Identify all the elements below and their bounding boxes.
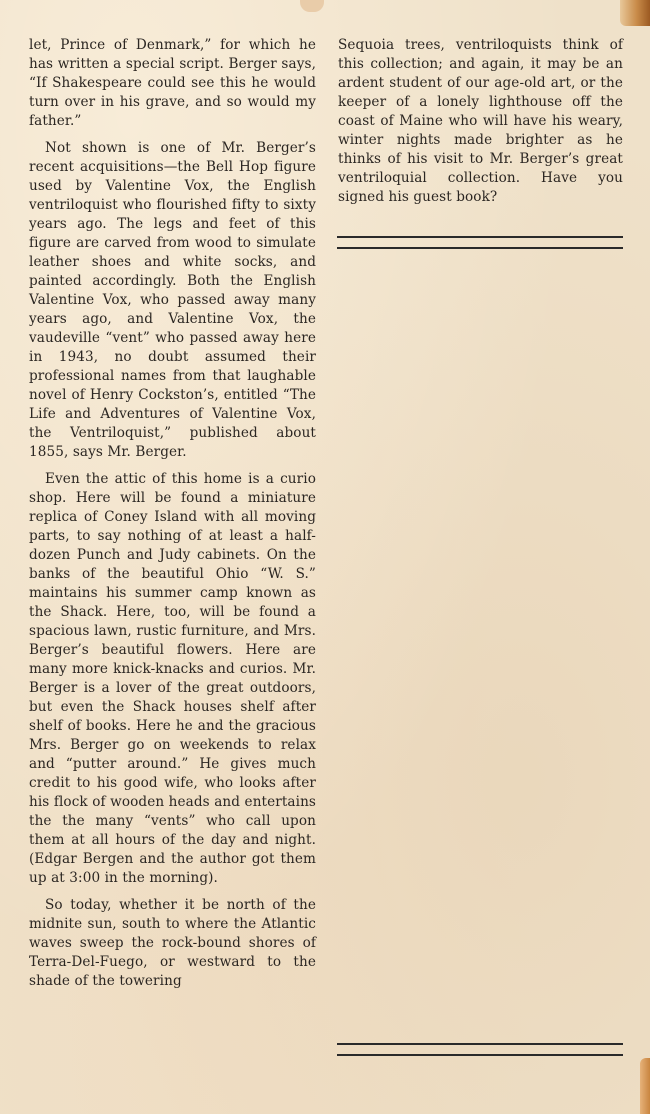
paper-stain-bottom-right	[640, 1058, 650, 1114]
paper-stain-top	[300, 0, 324, 12]
paragraph-attic-curio-shop: Even the attic of this home is a curio s…	[29, 470, 316, 888]
paragraph-sequoia-trees: Sequoia trees, ventriloquists think of t…	[338, 36, 623, 207]
rule-line	[337, 1043, 623, 1045]
right-column: Sequoia trees, ventriloquists think of t…	[338, 36, 623, 215]
double-rule-divider-top	[337, 236, 623, 258]
left-column: let, Prince of Denmark,” for which he ha…	[29, 36, 316, 999]
paragraph-hamlet-script: let, Prince of Denmark,” for which he ha…	[29, 36, 316, 131]
rule-line	[337, 236, 623, 238]
paper-stain-top-right	[620, 0, 650, 26]
double-rule-divider-bottom	[337, 1043, 623, 1065]
paragraph-bell-hop-figure: Not shown is one of Mr. Berger’s recent …	[29, 139, 316, 462]
rule-line	[337, 1054, 623, 1056]
paragraph-so-today: So today, whether it be north of the mid…	[29, 896, 316, 991]
rule-line	[337, 247, 623, 249]
